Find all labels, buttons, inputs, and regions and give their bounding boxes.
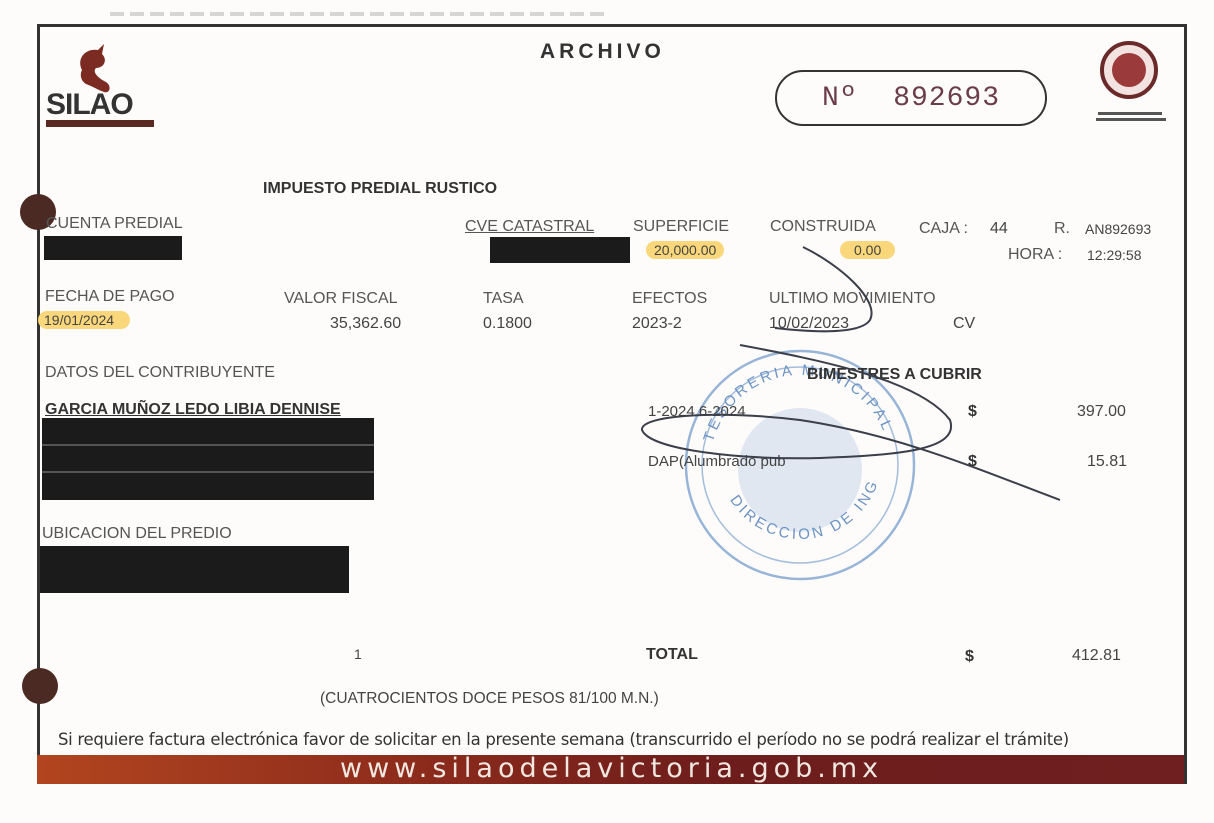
total-label: TOTAL — [646, 646, 698, 664]
total-amount: 412.81 — [1072, 647, 1121, 665]
total-currency: $ — [965, 648, 974, 666]
amount-in-words: (CUATROCIENTOS DOCE PESOS 81/100 M.N.) — [320, 690, 659, 708]
invoice-notice: Si requiere factura electrónica favor de… — [58, 730, 1069, 749]
item-count-mark: 1 — [354, 646, 362, 662]
website-url: www.silaodelavictoria.gob.mx — [340, 753, 883, 784]
